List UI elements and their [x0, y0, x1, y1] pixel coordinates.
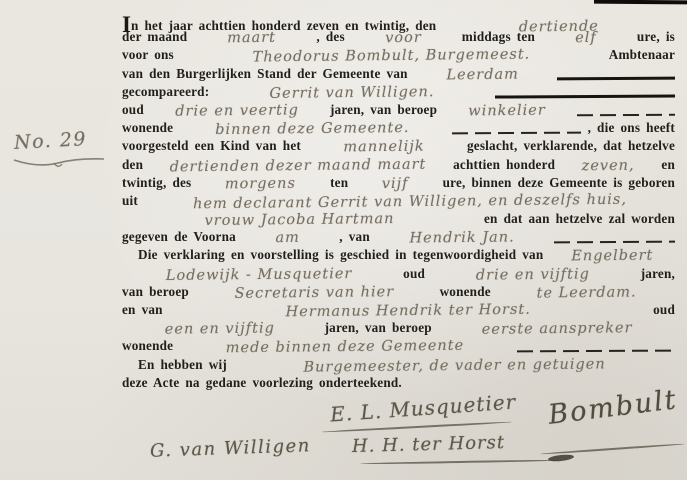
handwritten-entry: zeven,	[562, 157, 654, 174]
document-line: van beroepSecretaris van hierwonendete L…	[122, 284, 675, 302]
document-body: In het jaar achttien honderd zeven en tw…	[122, 11, 675, 393]
document-line: Die verklaring en voorstelling is geschi…	[122, 247, 675, 265]
handwritten-entry: Theodorus Bombult, Burgemeest.	[181, 46, 602, 66]
printed-text: den	[122, 157, 143, 173]
printed-text: voor ons	[122, 47, 174, 63]
printed-text: oud	[403, 266, 425, 282]
document-line: deze Acte na gedane voorlezing onderteek…	[122, 375, 675, 393]
printed-text: Ambtenaar	[609, 47, 675, 63]
printed-text: uit	[122, 193, 138, 209]
printed-text: gegeven de Voorna	[122, 229, 236, 245]
handwritten-entry: Engelbert	[550, 248, 675, 265]
printed-text: ten	[330, 175, 348, 191]
document-line: In het jaar achttien honderd zeven en tw…	[122, 11, 675, 29]
handwritten-entry: te Leerdam.	[498, 284, 675, 302]
handwritten-entry: Secretaris van hier	[196, 284, 433, 302]
handwritten-entry: Hermanus Hendrik ter Horst.	[170, 301, 647, 322]
printed-text: Die verklaring en voorstelling is geschi…	[138, 247, 543, 263]
handwritten-entry: Hendrik Jan.	[377, 229, 547, 247]
document-line: wonendemede binnen deze Gemeente	[122, 338, 675, 356]
printed-text: twintig, des	[122, 175, 191, 191]
printed-text: , van	[339, 229, 370, 245]
act-number: No. 29	[13, 128, 87, 154]
scanned-birth-record: No. 29 In het jaar achttien honderd zeve…	[0, 0, 687, 480]
handwritten-entry: winkelier	[444, 102, 570, 119]
printed-text: wonende	[122, 338, 173, 354]
handwritten-entry: binnen deze Gemeente.	[180, 120, 445, 139]
signature-flourish	[540, 443, 685, 455]
document-line: een en vijftigjaren, van beroepeerste aa…	[122, 320, 675, 338]
printed-text: achttien honderd	[453, 157, 555, 173]
document-line: En hebben wijBurgemeester, de vader en g…	[122, 357, 675, 375]
drop-cap: I	[122, 13, 131, 36]
document-line: der maandmaart, desvoormiddags tenelfure…	[122, 29, 675, 47]
printed-text: jaren, van beroep	[330, 102, 437, 118]
handwritten-entry: eerste aanspreker	[439, 320, 675, 338]
printed-text: deze Acte na gedane voorlezing onderteek…	[122, 375, 402, 391]
printed-text: en van	[122, 302, 163, 318]
handwritten-entry: dertienden dezer maand maart	[150, 156, 446, 175]
fill-line-dashes	[517, 350, 675, 353]
scan-artifact-bar	[594, 0, 687, 4]
printed-text: en dat aan hetzelve zal worden	[484, 211, 675, 227]
handwritten-entry: elf	[542, 30, 630, 47]
printed-text: der maand	[122, 29, 187, 45]
printed-text: jaren,	[641, 266, 675, 282]
handwritten-entry: morgens	[198, 175, 323, 192]
printed-text: van beroep	[122, 284, 189, 300]
handwritten-entry: hem declarant Gerrit van Willigen, en de…	[145, 191, 675, 213]
printed-text: , des	[316, 29, 344, 45]
document-line: vrouw Jacoba Hartmanen dat aan hetzelve …	[122, 211, 675, 229]
fill-line-dashes	[452, 132, 581, 135]
handwritten-entry: vrouw Jacoba Hartman	[122, 210, 477, 230]
handwritten-entry: Lodewijk - Musquetier	[122, 265, 396, 284]
printed-text: voorgesteld een Kind van het	[122, 138, 301, 154]
handwritten-entry: vijf	[355, 175, 436, 192]
handwritten-entry: am	[243, 230, 333, 247]
document-line: voor onsTheodorus Bombult, Burgemeest.Am…	[122, 47, 675, 65]
document-line: twintig, desmorgenstenvijfure, binnen de…	[122, 175, 675, 193]
handwritten-entry: mannelijk	[308, 139, 460, 157]
printed-text: gecompareerd:	[122, 84, 209, 100]
document-line: uithem declarant Gerrit van Willigen, en…	[122, 193, 675, 211]
ink-blot	[548, 454, 574, 463]
fill-line-dashes	[577, 113, 675, 116]
document-line: en vanHermanus Hendrik ter Horst.oud	[122, 302, 675, 320]
document-line: wonendebinnen deze Gemeente., die ons he…	[122, 120, 675, 138]
fill-line-dashes	[554, 241, 675, 244]
printed-text: wonende	[122, 120, 173, 136]
printed-text: oud	[122, 102, 144, 118]
printed-text: En hebben wij	[138, 357, 227, 373]
document-line: van den Burgerlijken Stand der Gemeente …	[122, 66, 675, 84]
fill-line-rule	[557, 76, 675, 80]
handwritten-entry: Leerdam	[415, 66, 550, 83]
printed-text: geslacht, verklarende, dat hetzelve	[467, 138, 675, 154]
printed-text: van den Burgerlijken Stand der Gemeente …	[122, 66, 408, 82]
fill-line-rule	[495, 94, 675, 98]
handwritten-entry: voor	[352, 30, 455, 47]
document-line: voorgesteld een Kind van hetmannelijkges…	[122, 138, 675, 156]
handwritten-entry: drie en veertig	[151, 102, 323, 120]
signature-flourish	[360, 459, 560, 464]
document-line: Lodewijk - Musquetierouddrie en vijftigj…	[122, 266, 675, 284]
printed-text: ure, binnen deze Gemeente is geboren	[443, 175, 675, 191]
handwritten-entry: drie en vijftig	[432, 266, 634, 284]
handwritten-entry: mede binnen deze Gemeente	[180, 338, 510, 357]
printed-text: jaren, van beroep	[325, 320, 432, 336]
handwritten-entry: Burgemeester, de vader en getuigen	[234, 355, 675, 376]
handwritten-entry: Gerrit van Willigen.	[216, 83, 488, 102]
printed-text: oud	[653, 302, 675, 318]
document-line: gecompareerd:Gerrit van Willigen.	[122, 84, 675, 102]
signature-musquetier: E. L. Musquetier	[329, 390, 517, 427]
printed-text: wonende	[440, 284, 491, 300]
act-number-flourish	[10, 152, 110, 172]
signature-ter-horst: H. H. ter Horst	[352, 432, 506, 457]
printed-text: , die ons heeft	[588, 120, 675, 136]
printed-text: en	[661, 157, 675, 173]
document-line: dendertienden dezer maand maartachttien …	[122, 157, 675, 175]
document-line: gegeven de Voornaam, vanHendrik Jan.	[122, 229, 675, 247]
handwritten-entry: maart	[194, 30, 309, 47]
handwritten-entry: een en vijftig	[122, 320, 318, 338]
signature-van-willigen: G. van Willigen	[150, 435, 312, 462]
document-line: ouddrie en veertigjaren, van beroepwinke…	[122, 102, 675, 120]
